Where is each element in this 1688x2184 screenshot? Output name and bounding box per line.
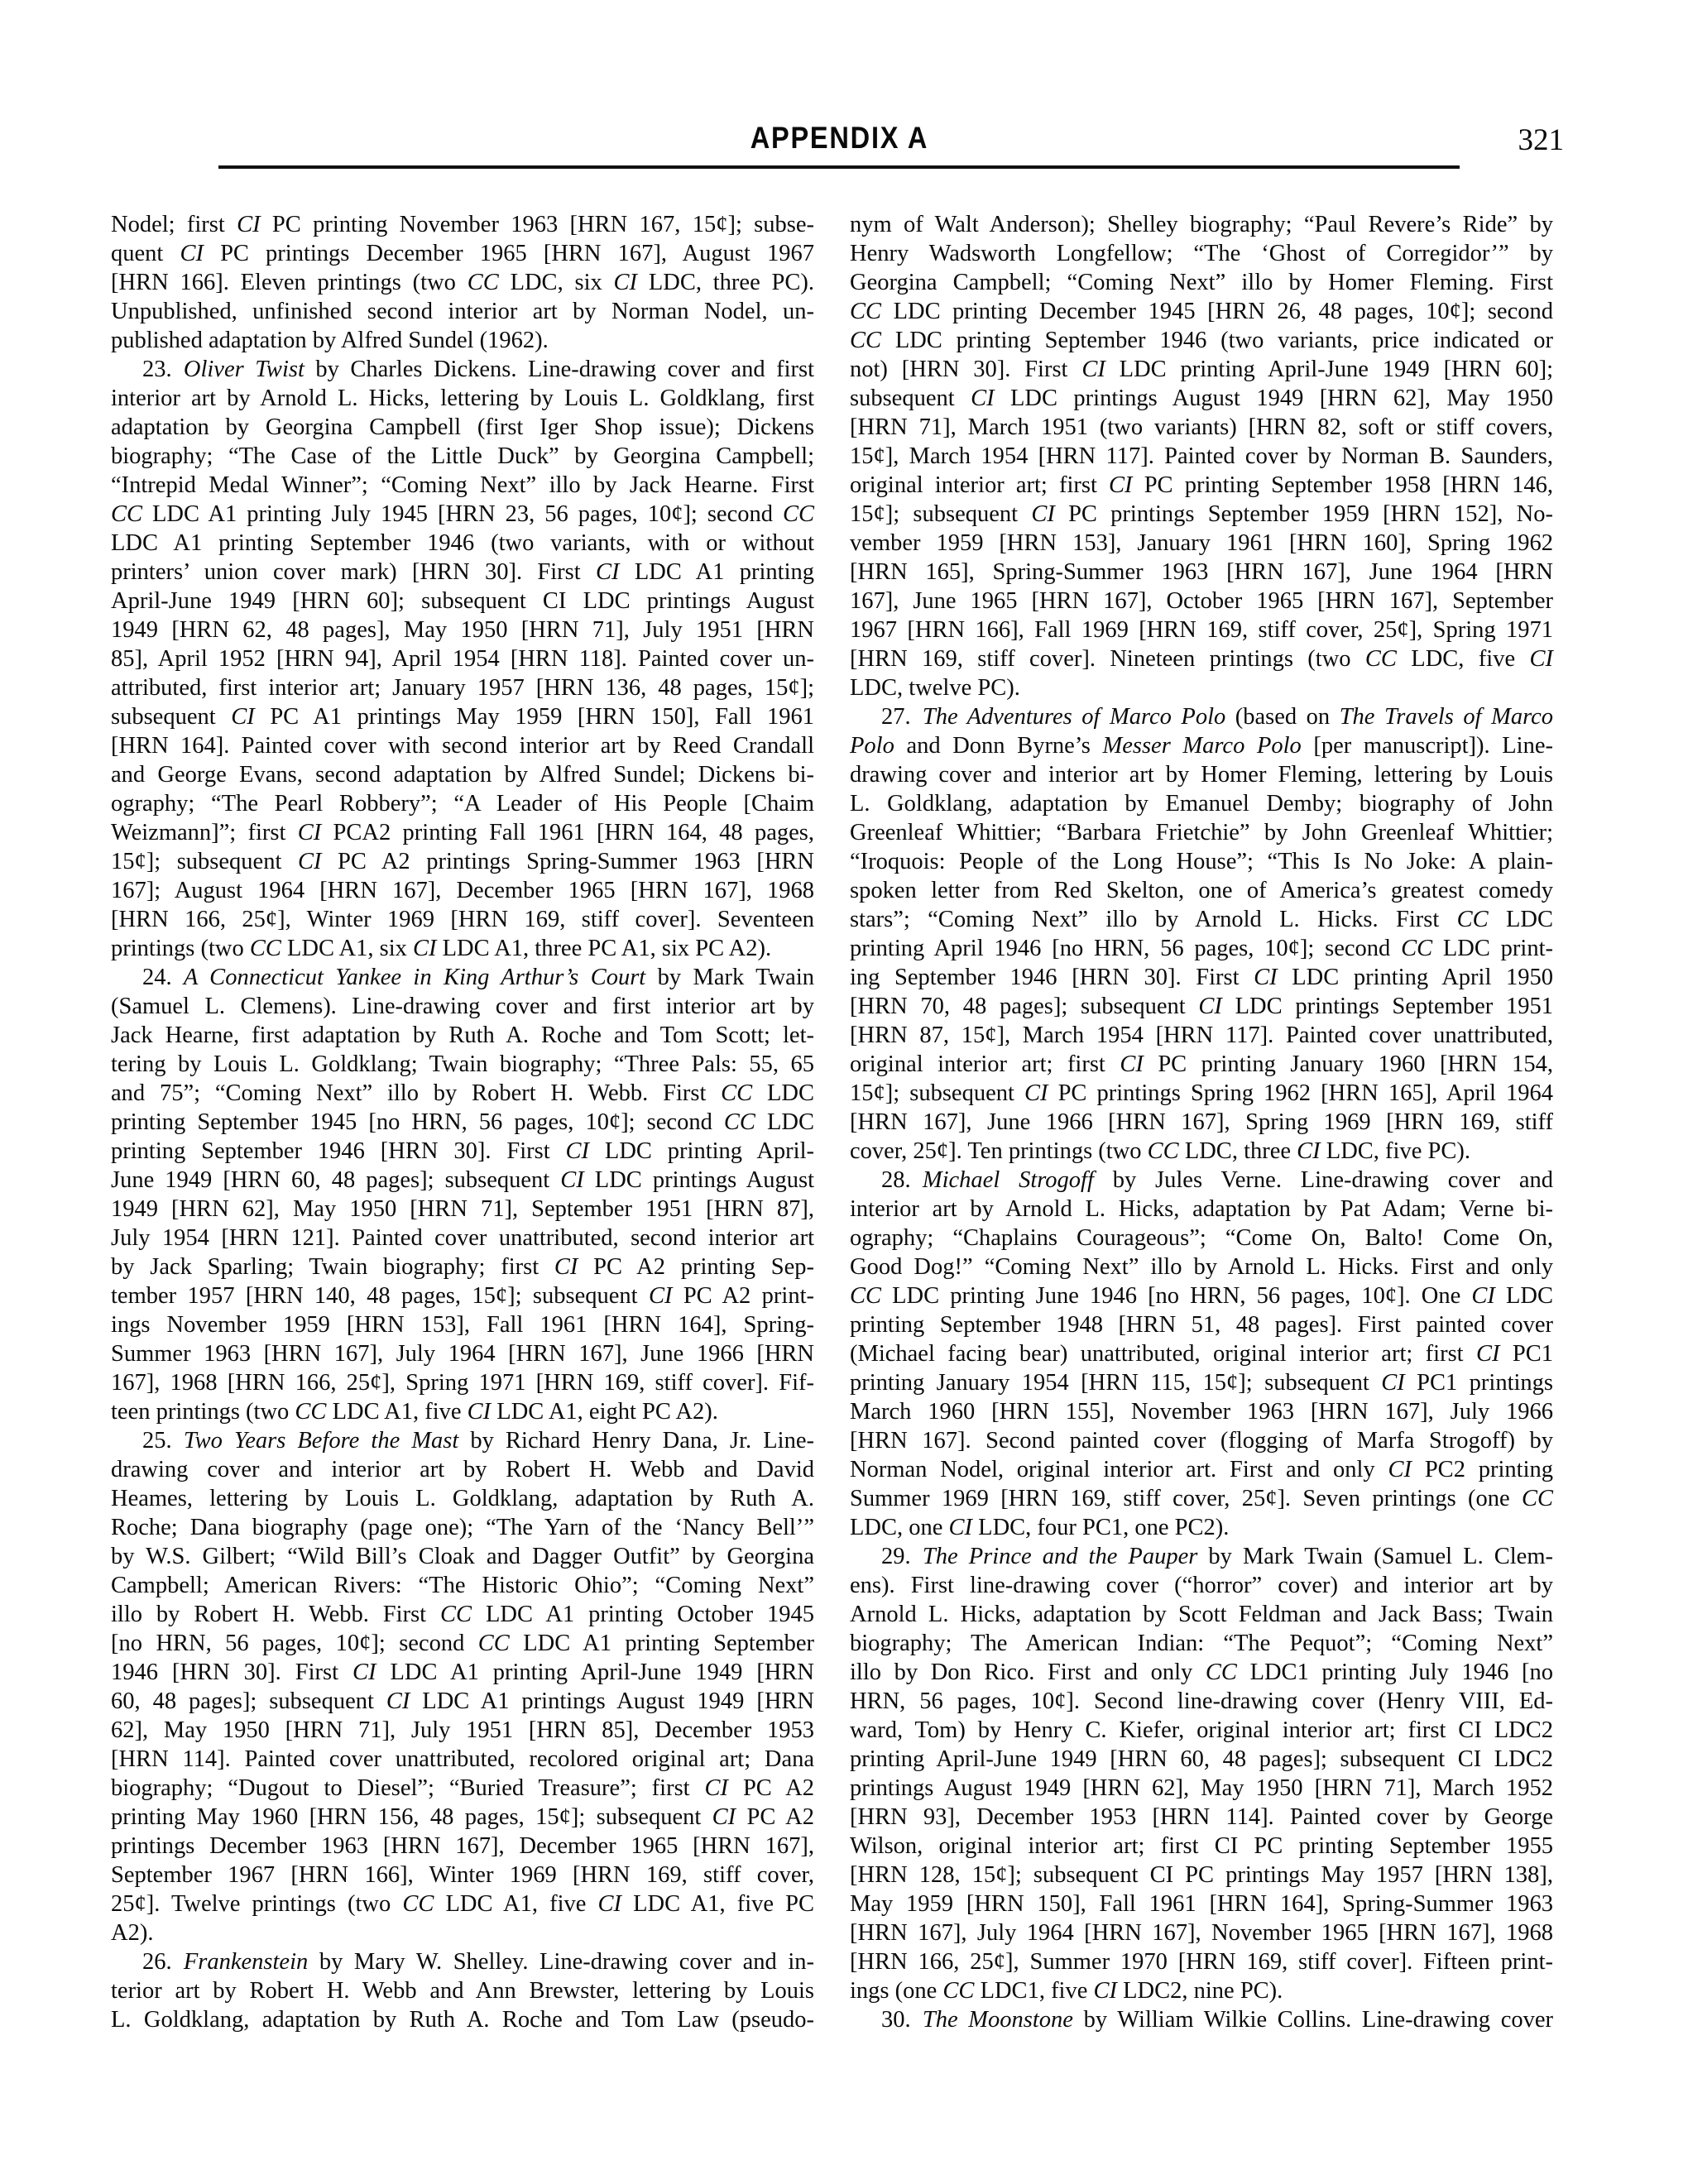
text-line: [HRN 166]. Eleven printings (two CC LDC,… bbox=[111, 268, 814, 297]
text-line: [HRN 167]. Second painted cover (floggin… bbox=[850, 1426, 1553, 1455]
text-line: printing September 1945 [no HRN, 56 page… bbox=[111, 1108, 814, 1137]
text-line: printing September 1948 [HRN 51, 48 page… bbox=[850, 1310, 1553, 1339]
text-line: original interior art; first CI PC print… bbox=[850, 471, 1553, 500]
text-line: Weizmann]”; first CI PCA2 printing Fall … bbox=[111, 818, 814, 847]
text-line: vember 1959 [HRN 153], January 1961 [HRN… bbox=[850, 529, 1553, 558]
text-line: Polo and Donn Byrne’s Messer Marco Polo … bbox=[850, 731, 1553, 760]
text-line: LDC, one CI LDC, four PC1, one PC2). bbox=[850, 1513, 1553, 1542]
text-line: May 1959 [HRN 150], Fall 1961 [HRN 164],… bbox=[850, 1889, 1553, 1918]
text-line: ings November 1959 [HRN 153], Fall 1961 … bbox=[111, 1310, 814, 1339]
text-line: July 1954 [HRN 121]. Painted cover unatt… bbox=[111, 1224, 814, 1252]
text-line: attributed, first interior art; January … bbox=[111, 673, 814, 702]
text-line: biography; “The Case of the Little Duck”… bbox=[111, 442, 814, 471]
text-line: biography; The American Indian: “The Peq… bbox=[850, 1629, 1553, 1658]
text-line: Unpublished, unfinished second interior … bbox=[111, 297, 814, 326]
text-line: interior art by Arnold L. Hicks, adaptat… bbox=[850, 1195, 1553, 1224]
text-line: (Michael facing bear) unattributed, orig… bbox=[850, 1339, 1553, 1368]
text-line: Nodel; first CI PC printing November 196… bbox=[111, 210, 814, 239]
text-line: interior art by Arnold L. Hicks, letteri… bbox=[111, 384, 814, 413]
text-line: drawing cover and interior art by Robert… bbox=[111, 1455, 814, 1484]
text-line: CC LDC printing December 1945 [HRN 26, 4… bbox=[850, 297, 1553, 326]
text-line: adaptation by Georgina Campbell (first I… bbox=[111, 413, 814, 442]
text-line: [HRN 169, stiff cover]. Nineteen printin… bbox=[850, 644, 1553, 673]
text-line: Summer 1963 [HRN 167], July 1964 [HRN 16… bbox=[111, 1339, 814, 1368]
text-line: 25. Two Years Before the Mast by Richard… bbox=[111, 1426, 814, 1455]
text-line: illo by Don Rico. First and only CC LDC1… bbox=[850, 1658, 1553, 1687]
page-title: APPENDIX A bbox=[750, 121, 928, 156]
text-line: [HRN 166, 25¢], Summer 1970 [HRN 169, st… bbox=[850, 1947, 1553, 1976]
text-line: 25¢]. Twelve printings (two CC LDC A1, f… bbox=[111, 1889, 814, 1918]
text-line: L. Goldklang, adaptation by Emanuel Demb… bbox=[850, 789, 1553, 818]
text-line: 1946 [HRN 30]. First CI LDC A1 printing … bbox=[111, 1658, 814, 1687]
text-line: ens). First line-drawing cover (“horror”… bbox=[850, 1571, 1553, 1600]
text-line: [HRN 70, 48 pages]; subsequent CI LDC pr… bbox=[850, 992, 1553, 1021]
text-line: (Samuel L. Clemens). Line-drawing cover … bbox=[111, 992, 814, 1021]
text-line: ing September 1946 [HRN 30]. First CI LD… bbox=[850, 963, 1553, 992]
header-rule bbox=[218, 165, 1460, 169]
text-line: original interior art; first CI PC print… bbox=[850, 1050, 1553, 1079]
text-line: Norman Nodel, original interior art. Fir… bbox=[850, 1455, 1553, 1484]
text-line: [no HRN, 56 pages, 10¢]; second CC LDC A… bbox=[111, 1629, 814, 1658]
text-line: [HRN 167], June 1966 [HRN 167], Spring 1… bbox=[850, 1108, 1553, 1137]
text-line: 1949 [HRN 62, 48 pages], May 1950 [HRN 7… bbox=[111, 615, 814, 644]
text-line: biography; “Dugout to Diesel”; “Buried T… bbox=[111, 1774, 814, 1803]
text-line: April-June 1949 [HRN 60]; subsequent CI … bbox=[111, 587, 814, 615]
text-line: LDC, twelve PC). bbox=[850, 673, 1553, 702]
text-line: illo by Robert H. Webb. First CC LDC A1 … bbox=[111, 1600, 814, 1629]
text-line: Arnold L. Hicks, adaptation by Scott Fel… bbox=[850, 1600, 1553, 1629]
text-line: and 75”; “Coming Next” illo by Robert H.… bbox=[111, 1079, 814, 1108]
text-line: printings (two CC LDC A1, six CI LDC A1,… bbox=[111, 934, 814, 963]
text-line: Wilson, original interior art; first CI … bbox=[850, 1832, 1553, 1861]
text-line: CC LDC A1 printing July 1945 [HRN 23, 56… bbox=[111, 500, 814, 529]
text-line: L. Goldklang, adaptation by Ruth A. Roch… bbox=[111, 2005, 814, 2034]
text-line: spoken letter from Red Skelton, one of A… bbox=[850, 876, 1553, 905]
text-line: 167], 1968 [HRN 166, 25¢], Spring 1971 [… bbox=[111, 1368, 814, 1397]
text-line: quent CI PC printings December 1965 [HRN… bbox=[111, 239, 814, 268]
text-line: 24. A Connecticut Yankee in King Arthur’… bbox=[111, 963, 814, 992]
text-line: printings August 1949 [HRN 62], May 1950… bbox=[850, 1774, 1553, 1803]
text-line: [HRN 167], July 1964 [HRN 167], November… bbox=[850, 1918, 1553, 1947]
text-line: ings (one CC LDC1, five CI LDC2, nine PC… bbox=[850, 1976, 1553, 2005]
text-line: 26. Frankenstein by Mary W. Shelley. Lin… bbox=[111, 1947, 814, 1976]
text-line: 15¢]; subsequent CI PC A2 printings Spri… bbox=[111, 847, 814, 876]
text-line: tering by Louis L. Goldklang; Twain biog… bbox=[111, 1050, 814, 1079]
right-column: nym of Walt Anderson); Shelley biography… bbox=[850, 210, 1553, 2034]
text-line: Summer 1969 [HRN 169, stiff cover, 25¢].… bbox=[850, 1484, 1553, 1513]
text-line: printing May 1960 [HRN 156, 48 pages, 15… bbox=[111, 1803, 814, 1832]
text-line: by Jack Sparling; Twain biography; first… bbox=[111, 1252, 814, 1281]
text-line: 27. The Adventures of Marco Polo (based … bbox=[850, 702, 1553, 731]
text-line: 30. The Moonstone by William Wilkie Coll… bbox=[850, 2005, 1553, 2034]
text-line: 60, 48 pages]; subsequent CI LDC A1 prin… bbox=[111, 1687, 814, 1716]
text-line: HRN, 56 pages, 10¢]. Second line-drawing… bbox=[850, 1687, 1553, 1716]
text-line: [HRN 165], Spring-Summer 1963 [HRN 167],… bbox=[850, 558, 1553, 587]
text-line: Roche; Dana biography (page one); “The Y… bbox=[111, 1513, 814, 1542]
text-line: [HRN 87, 15¢], March 1954 [HRN 117]. Pai… bbox=[850, 1021, 1553, 1050]
text-line: “Iroquois: People of the Long House”; “T… bbox=[850, 847, 1553, 876]
text-line: LDC A1 printing September 1946 (two vari… bbox=[111, 529, 814, 558]
text-line: published adaptation by Alfred Sundel (1… bbox=[111, 326, 814, 355]
text-line: 167], June 1965 [HRN 167], October 1965 … bbox=[850, 587, 1553, 615]
text-line: [HRN 166, 25¢], Winter 1969 [HRN 169, st… bbox=[111, 905, 814, 934]
text-line: A2). bbox=[111, 1918, 814, 1947]
text-line: terior art by Robert H. Webb and Ann Bre… bbox=[111, 1976, 814, 2005]
text-line: printing April-June 1949 [HRN 60, 48 pag… bbox=[850, 1745, 1553, 1774]
text-line: 85], April 1952 [HRN 94], April 1954 [HR… bbox=[111, 644, 814, 673]
text-line: not) [HRN 30]. First CI LDC printing Apr… bbox=[850, 355, 1553, 384]
text-line: 62], May 1950 [HRN 71], July 1951 [HRN 8… bbox=[111, 1716, 814, 1745]
text-line: printing January 1954 [HRN 115, 15¢]; su… bbox=[850, 1368, 1553, 1397]
text-line: 167]; August 1964 [HRN 167], December 19… bbox=[111, 876, 814, 905]
page-number: 321 bbox=[1407, 122, 1564, 158]
text-line: nym of Walt Anderson); Shelley biography… bbox=[850, 210, 1553, 239]
text-line: [HRN 71], March 1951 (two variants) [HRN… bbox=[850, 413, 1553, 442]
text-line: ward, Tom) by Henry C. Kiefer, original … bbox=[850, 1716, 1553, 1745]
text-line: 15¢], March 1954 [HRN 117]. Painted cove… bbox=[850, 442, 1553, 471]
text-line: 15¢]; subsequent CI PC printings Spring … bbox=[850, 1079, 1553, 1108]
text-line: 29. The Prince and the Pauper by Mark Tw… bbox=[850, 1542, 1553, 1571]
text-line: stars”; “Coming Next” illo by Arnold L. … bbox=[850, 905, 1553, 934]
text-line: ography; “Chaplains Courageous”; “Come O… bbox=[850, 1224, 1553, 1252]
text-line: printings December 1963 [HRN 167], Decem… bbox=[111, 1832, 814, 1861]
text-line: Heames, lettering by Louis L. Goldklang,… bbox=[111, 1484, 814, 1513]
text-line: CC LDC printing September 1946 (two vari… bbox=[850, 326, 1553, 355]
text-line: Georgina Campbell; “Coming Next” illo by… bbox=[850, 268, 1553, 297]
text-line: 15¢]; subsequent CI PC printings Septemb… bbox=[850, 500, 1553, 529]
text-line: drawing cover and interior art by Homer … bbox=[850, 760, 1553, 789]
text-line: teen printings (two CC LDC A1, five CI L… bbox=[111, 1397, 814, 1426]
text-line: June 1949 [HRN 60, 48 pages]; subsequent… bbox=[111, 1166, 814, 1195]
text-line: subsequent CI LDC printings August 1949 … bbox=[850, 384, 1553, 413]
appendix-page: APPENDIX A 321 Nodel; first CI PC printi… bbox=[0, 0, 1688, 2184]
text-line: 28. Michael Strogoff by Jules Verne. Lin… bbox=[850, 1166, 1553, 1195]
text-line: printing April 1946 [no HRN, 56 pages, 1… bbox=[850, 934, 1553, 963]
text-line: cover, 25¢]. Ten printings (two CC LDC, … bbox=[850, 1137, 1553, 1166]
text-line: Greenleaf Whittier; “Barbara Frietchie” … bbox=[850, 818, 1553, 847]
text-line: printers’ union cover mark) [HRN 30]. Fi… bbox=[111, 558, 814, 587]
text-line: September 1967 [HRN 166], Winter 1969 [H… bbox=[111, 1861, 814, 1889]
text-line: 1967 [HRN 166], Fall 1969 [HRN 169, stif… bbox=[850, 615, 1553, 644]
text-line: CC LDC printing June 1946 [no HRN, 56 pa… bbox=[850, 1281, 1553, 1310]
text-line: Campbell; American Rivers: “The Historic… bbox=[111, 1571, 814, 1600]
text-line: 23. Oliver Twist by Charles Dickens. Lin… bbox=[111, 355, 814, 384]
text-line: [HRN 93], December 1953 [HRN 114]. Paint… bbox=[850, 1803, 1553, 1832]
left-column: Nodel; first CI PC printing November 196… bbox=[111, 210, 814, 2034]
text-line: [HRN 128, 15¢]; subsequent CI PC printin… bbox=[850, 1861, 1553, 1889]
text-line: Jack Hearne, first adaptation by Ruth A.… bbox=[111, 1021, 814, 1050]
text-line: Good Dog!” “Coming Next” illo by Arnold … bbox=[850, 1252, 1553, 1281]
text-line: Henry Wadsworth Longfellow; “The ‘Ghost … bbox=[850, 239, 1553, 268]
text-line: [HRN 114]. Painted cover unattributed, r… bbox=[111, 1745, 814, 1774]
text-line: March 1960 [HRN 155], November 1963 [HRN… bbox=[850, 1397, 1553, 1426]
text-line: ography; “The Pearl Robbery”; “A Leader … bbox=[111, 789, 814, 818]
text-line: tember 1957 [HRN 140, 48 pages, 15¢]; su… bbox=[111, 1281, 814, 1310]
text-line: printing September 1946 [HRN 30]. First … bbox=[111, 1137, 814, 1166]
text-line: [HRN 164]. Painted cover with second int… bbox=[111, 731, 814, 760]
text-line: 1949 [HRN 62], May 1950 [HRN 71], Septem… bbox=[111, 1195, 814, 1224]
text-line: “Intrepid Medal Winner”; “Coming Next” i… bbox=[111, 471, 814, 500]
text-line: subsequent CI PC A1 printings May 1959 [… bbox=[111, 702, 814, 731]
text-line: by W.S. Gilbert; “Wild Bill’s Cloak and … bbox=[111, 1542, 814, 1571]
text-line: and George Evans, second adaptation by A… bbox=[111, 760, 814, 789]
page-header: APPENDIX A bbox=[218, 121, 1460, 156]
